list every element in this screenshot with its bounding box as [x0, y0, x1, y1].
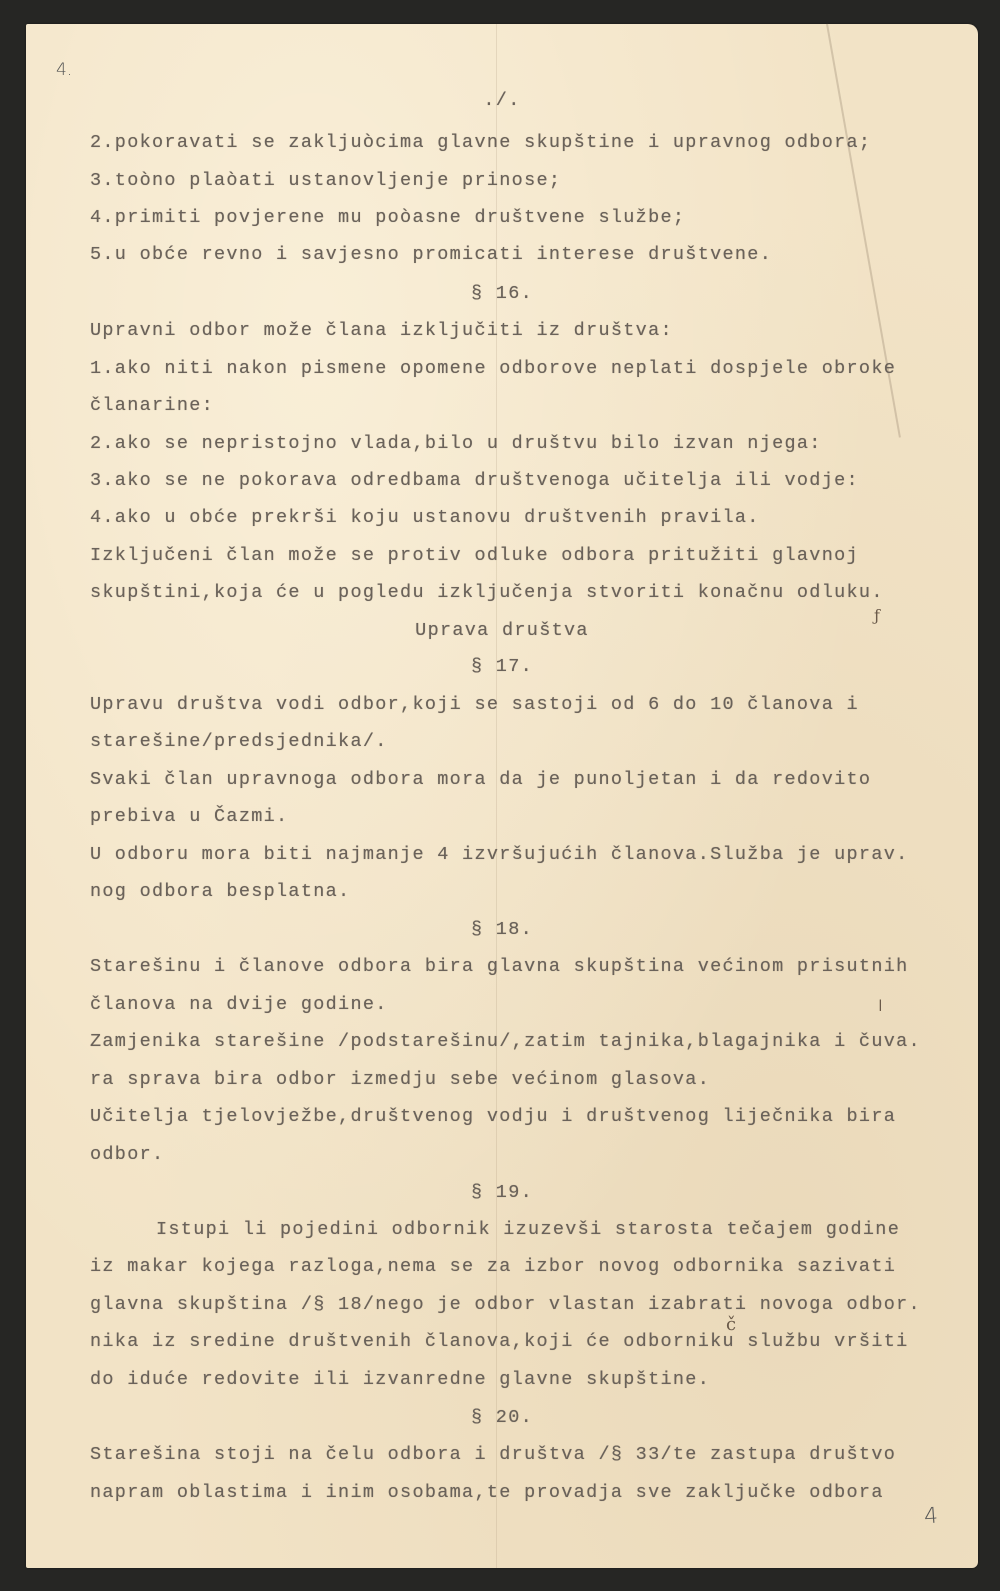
text-line: do iduće redovite ili izvanredne glavne …	[90, 1369, 710, 1390]
text-line: 3.ako se ne pokorava odredbama društveno…	[90, 470, 859, 491]
text-line: napram oblastima i inim osobama,te prova…	[90, 1482, 884, 1503]
text-line: starešine/predsjednika/.	[90, 731, 388, 752]
text-line: Zamjenika starešine /podstarešinu/,zatim…	[90, 1031, 921, 1052]
text-line: skupštini,koja će u pogledu izključenja …	[90, 582, 884, 603]
text-line: Upravni odbor može člana izključiti iz d…	[90, 320, 673, 341]
text-line: Učitelja tjelovježbe,društvenog vodju i …	[90, 1106, 896, 1127]
continuation-mark: ./.	[26, 90, 978, 111]
text-line: glavna skupština /§ 18/nego je odbor vla…	[90, 1294, 921, 1315]
margin-mark: ǀ	[878, 996, 883, 1015]
text-line: 5.u obće revno i savjesno promicati inte…	[90, 244, 772, 265]
section-heading-19: § 19.	[26, 1182, 978, 1203]
text-line: Istupi li pojedini odbornik izuzevši sta…	[156, 1219, 900, 1240]
section-heading-18: § 18.	[26, 919, 978, 940]
text-line: prebiva u Čazmi.	[90, 806, 288, 827]
text-line: odbor.	[90, 1144, 164, 1165]
text-line: 3.toòno plaòati ustanovljenje prinose;	[90, 170, 561, 191]
text-line: 4.ako u obće prekrši koju ustanovu društ…	[90, 507, 760, 528]
text-line: Svaki član upravnoga odbora mora da je p…	[90, 769, 871, 790]
text-line: članova na dvije godine.	[90, 994, 388, 1015]
section-heading-17: § 17.	[26, 656, 978, 677]
text-line: 2.ako se nepristojno vlada,bilo u društv…	[90, 433, 822, 454]
text-line: Upravu društva vodi odbor,koji se sastoj…	[90, 694, 859, 715]
section-heading-20: § 20.	[26, 1407, 978, 1428]
text-line: Starešinu i članove odbora bira glavna s…	[90, 956, 909, 977]
text-line: ra sprava bira odbor izmedju sebe većino…	[90, 1069, 710, 1090]
text-line: Izključeni član može se protiv odluke od…	[90, 545, 859, 566]
document-page: 4. ./. 2.pokoravati se zakljuòcima glavn…	[26, 24, 978, 1568]
text-line: nika iz sredine društvenih članova,koji …	[90, 1331, 909, 1352]
chapter-title: Uprava društva	[26, 620, 978, 641]
text-line: 1.ako niti nakon pismene opomene odborov…	[90, 358, 896, 379]
text-line: nog odbora besplatna.	[90, 881, 350, 902]
text-line: 4.primiti povjerene mu poòasne društvene…	[90, 207, 685, 228]
section-heading-16: § 16.	[26, 283, 978, 304]
text-line: iz makar kojega razloga,nema se za izbor…	[90, 1256, 896, 1277]
text-line: članarine:	[90, 395, 214, 416]
text-line: 2.pokoravati se zakljuòcima glavne skupš…	[90, 132, 871, 153]
text-line: U odboru mora biti najmanje 4 izvršujući…	[90, 844, 909, 865]
text-line: Starešina stoji na čelu odbora i društva…	[90, 1444, 896, 1465]
page-number-handwritten: 4.	[56, 60, 72, 80]
page-number-handwritten-bottom: 4	[923, 1504, 939, 1530]
